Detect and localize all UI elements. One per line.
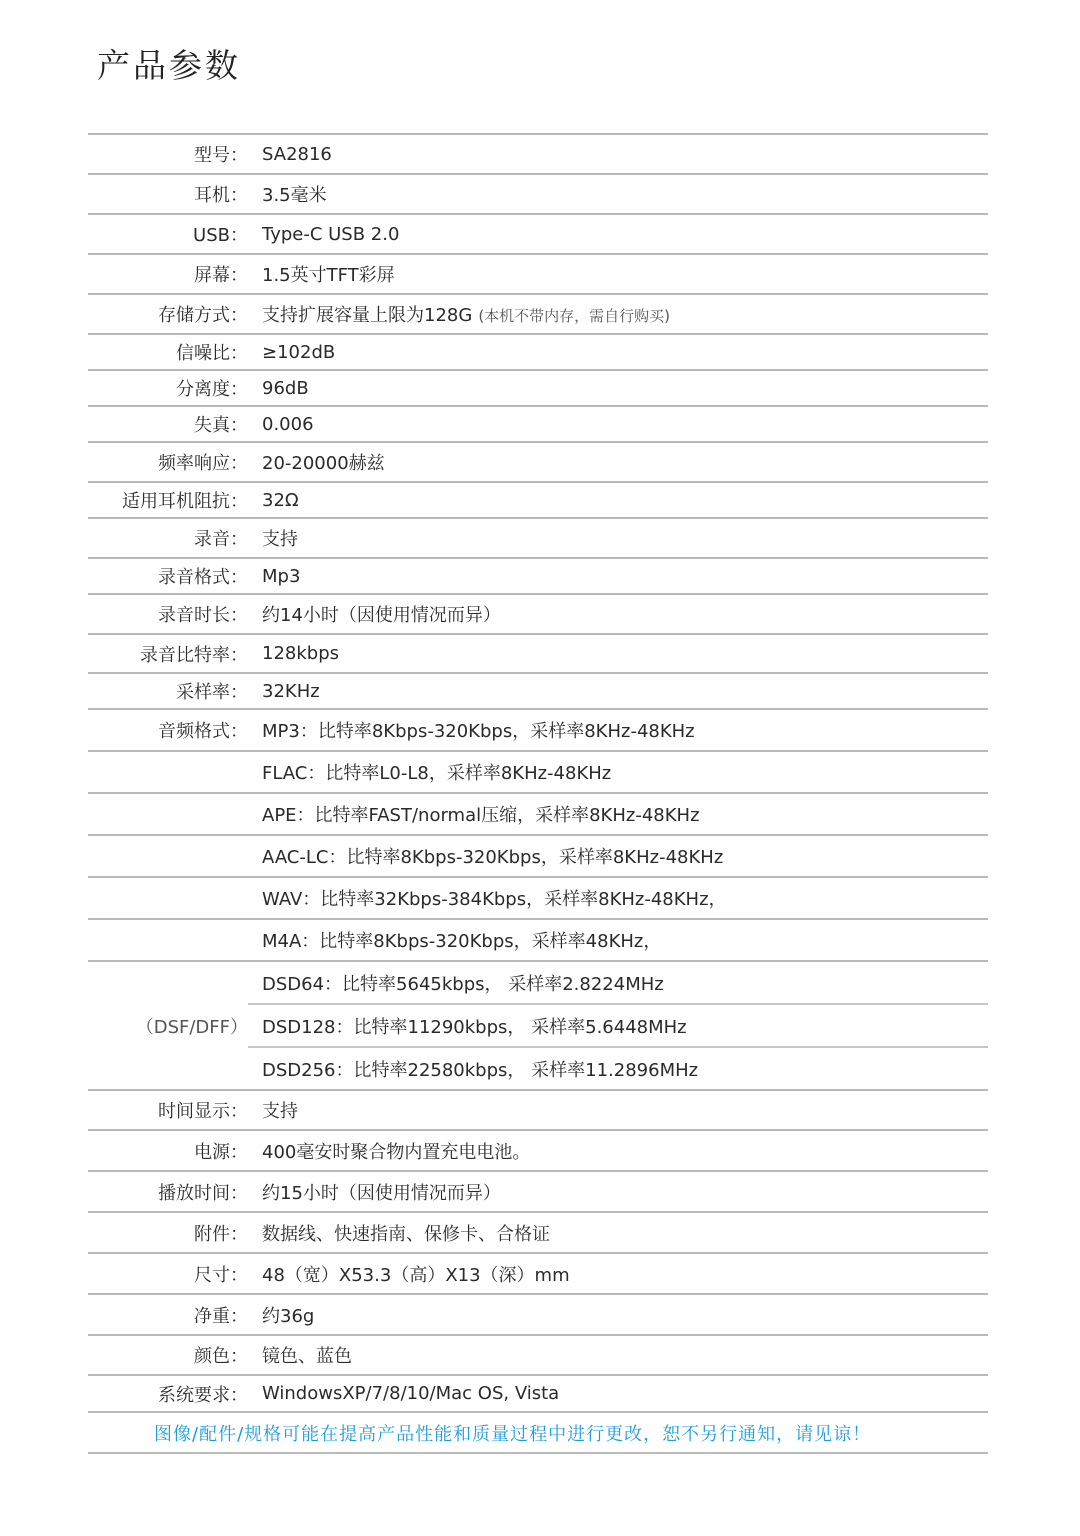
spec-row-separation: 分离度： 96dB — [88, 369, 988, 405]
spec-row-sample-rate: 采样率： 32KHz — [88, 672, 988, 708]
spec-row-distortion: 失真： 0.006 — [88, 405, 988, 441]
spec-label: 附件： — [88, 1220, 248, 1246]
spec-row-color: 颜色： 镜色、蓝色 — [88, 1334, 988, 1374]
spec-label: 音频格式： — [88, 717, 248, 743]
spec-value: Mp3 — [248, 566, 300, 587]
spec-label: 失真： — [88, 411, 248, 437]
spec-value: 0.006 — [248, 414, 314, 435]
spec-row-recording-bitrate: 录音比特率： 128kbps — [88, 633, 988, 672]
spec-row-model: 型号： SA2816 — [88, 133, 988, 173]
spec-group-dsd: （DSF/DFF） DSD64：比特率5645kbps， 采样率2.8224MH… — [88, 960, 988, 1089]
spec-row-screen: 屏幕： 1.5英寸TFT彩屏 — [88, 253, 988, 293]
spec-label: 录音比特率： — [88, 641, 248, 667]
spec-value: 镜色、蓝色 — [248, 1342, 352, 1368]
dsd-label: （DSF/DFF） — [88, 962, 248, 1089]
spec-row-audio-format-flac: FLAC：比特率L0-L8，采样率8KHz-48KHz — [88, 750, 988, 792]
spec-label: 耳机： — [88, 181, 248, 207]
spec-value: FLAC：比特率L0-L8，采样率8KHz-48KHz — [248, 759, 611, 785]
spec-value: SA2816 — [248, 144, 332, 165]
spec-value: 96dB — [248, 378, 309, 399]
spec-label: 信噪比： — [88, 339, 248, 365]
spec-label: 播放时间： — [88, 1179, 248, 1205]
dsd-item-dsd128: DSD128：比特率11290kbps， 采样率5.6448MHz — [248, 1003, 988, 1046]
spec-value: 约15小时（因使用情况而异） — [248, 1179, 501, 1205]
spec-table: 型号： SA2816 耳机： 3.5毫米 USB： Type-C USB 2.0… — [88, 133, 988, 1454]
spec-label: 录音： — [88, 525, 248, 551]
spec-row-recording: 录音： 支持 — [88, 517, 988, 557]
spec-row-snr: 信噪比： ≥102dB — [88, 333, 988, 369]
spec-row-headphone: 耳机： 3.5毫米 — [88, 173, 988, 213]
spec-value: WindowsXP/7/8/10/Mac OS, Vista — [248, 1383, 559, 1404]
spec-row-storage: 存储方式： 支持扩展容量上限为128G(本机不带内存，需自行购买) — [88, 293, 988, 333]
spec-value: 支持 — [248, 1097, 298, 1123]
spec-row-power: 电源： 400毫安时聚合物内置充电电池。 — [88, 1129, 988, 1170]
spec-label: 分离度： — [88, 375, 248, 401]
spec-value: 支持扩展容量上限为128G(本机不带内存，需自行购买) — [248, 301, 670, 327]
spec-value: APE：比特率FAST/normal压缩，采样率8KHz-48KHz — [248, 801, 700, 827]
spec-value: 1.5英寸TFT彩屏 — [248, 261, 395, 287]
spec-label: 采样率： — [88, 678, 248, 704]
spec-label: 净重： — [88, 1302, 248, 1328]
spec-value: M4A：比特率8Kbps-320Kbps，采样率48KHz， — [248, 927, 661, 953]
spec-value: WAV：比特率32Kbps-384Kbps，采样率8KHz-48KHz， — [248, 885, 727, 911]
spec-row-audio-format-aac: AAC-LC：比特率8Kbps-320Kbps，采样率8KHz-48KHz — [88, 834, 988, 876]
spec-value: AAC-LC：比特率8Kbps-320Kbps，采样率8KHz-48KHz — [248, 843, 723, 869]
spec-value: 3.5毫米 — [248, 181, 327, 207]
dsd-values: DSD64：比特率5645kbps， 采样率2.8224MHz DSD128：比… — [248, 962, 988, 1089]
dsd-item-dsd256: DSD256：比特率22580kbps， 采样率11.2896MHz — [248, 1046, 988, 1089]
spec-row-audio-format-ape: APE：比特率FAST/normal压缩，采样率8KHz-48KHz — [88, 792, 988, 834]
spec-row-usb: USB： Type-C USB 2.0 — [88, 213, 988, 253]
spec-row-time-display: 时间显示： 支持 — [88, 1089, 988, 1129]
spec-label: 录音格式： — [88, 563, 248, 589]
spec-row-weight: 净重： 约36g — [88, 1293, 988, 1334]
spec-value: 数据线、快速指南、保修卡、合格证 — [248, 1220, 550, 1246]
spec-value: 32Ω — [248, 490, 299, 511]
spec-row-recording-format: 录音格式： Mp3 — [88, 557, 988, 593]
spec-value: 48（宽）X53.3（高）X13（深）mm — [248, 1261, 570, 1287]
spec-label: 尺寸： — [88, 1261, 248, 1287]
disclaimer-note: 图像/配件/规格可能在提高产品性能和质量过程中进行更改，恕不另行通知，请见谅！ — [88, 1420, 871, 1446]
spec-label: 颜色： — [88, 1342, 248, 1368]
dsd-item-dsd64: DSD64：比特率5645kbps， 采样率2.8224MHz — [248, 962, 988, 1003]
spec-label: 时间显示： — [88, 1097, 248, 1123]
spec-row-recording-duration: 录音时长： 约14小时（因使用情况而异） — [88, 593, 988, 633]
spec-label: 型号： — [88, 141, 248, 167]
spec-value: 约36g — [248, 1302, 314, 1328]
spec-value-main: 支持扩展容量上限为128G — [262, 305, 472, 326]
spec-label: 系统要求： — [88, 1381, 248, 1407]
spec-label: 适用耳机阻抗： — [88, 487, 248, 513]
spec-value: 32KHz — [248, 681, 320, 702]
spec-value-note: (本机不带内存，需自行购买) — [478, 307, 670, 325]
spec-label: 录音时长： — [88, 601, 248, 627]
spec-value: ≥102dB — [248, 342, 335, 363]
spec-label: USB： — [88, 221, 248, 247]
spec-row-audio-format-wav: WAV：比特率32Kbps-384Kbps，采样率8KHz-48KHz， — [88, 876, 988, 918]
spec-value: 支持 — [248, 525, 298, 551]
spec-value: MP3：比特率8Kbps-320Kbps，采样率8KHz-48KHz — [248, 717, 695, 743]
spec-row-frequency-response: 频率响应： 20-20000赫兹 — [88, 441, 988, 481]
spec-value: 20-20000赫兹 — [248, 449, 385, 475]
spec-label: 频率响应： — [88, 449, 248, 475]
spec-label: 存储方式： — [88, 301, 248, 327]
spec-row-audio-format-mp3: 音频格式： MP3：比特率8Kbps-320Kbps，采样率8KHz-48KHz — [88, 708, 988, 750]
spec-value: 约14小时（因使用情况而异） — [248, 601, 501, 627]
spec-row-audio-format-m4a: M4A：比特率8Kbps-320Kbps，采样率48KHz， — [88, 918, 988, 960]
spec-value: 128kbps — [248, 643, 339, 664]
spec-row-accessories: 附件： 数据线、快速指南、保修卡、合格证 — [88, 1211, 988, 1252]
spec-row-dimensions: 尺寸： 48（宽）X53.3（高）X13（深）mm — [88, 1252, 988, 1293]
page-title: 产品参数 — [97, 40, 241, 87]
footer-note-row: 图像/配件/规格可能在提高产品性能和质量过程中进行更改，恕不另行通知，请见谅！ — [88, 1411, 988, 1454]
spec-label: 电源： — [88, 1138, 248, 1164]
spec-row-impedance: 适用耳机阻抗： 32Ω — [88, 481, 988, 517]
spec-value: 400毫安时聚合物内置充电电池。 — [248, 1138, 530, 1164]
spec-value: Type-C USB 2.0 — [248, 224, 399, 245]
spec-row-playback-time: 播放时间： 约15小时（因使用情况而异） — [88, 1170, 988, 1211]
spec-row-system-requirements: 系统要求： WindowsXP/7/8/10/Mac OS, Vista — [88, 1374, 988, 1411]
spec-label: 屏幕： — [88, 261, 248, 287]
